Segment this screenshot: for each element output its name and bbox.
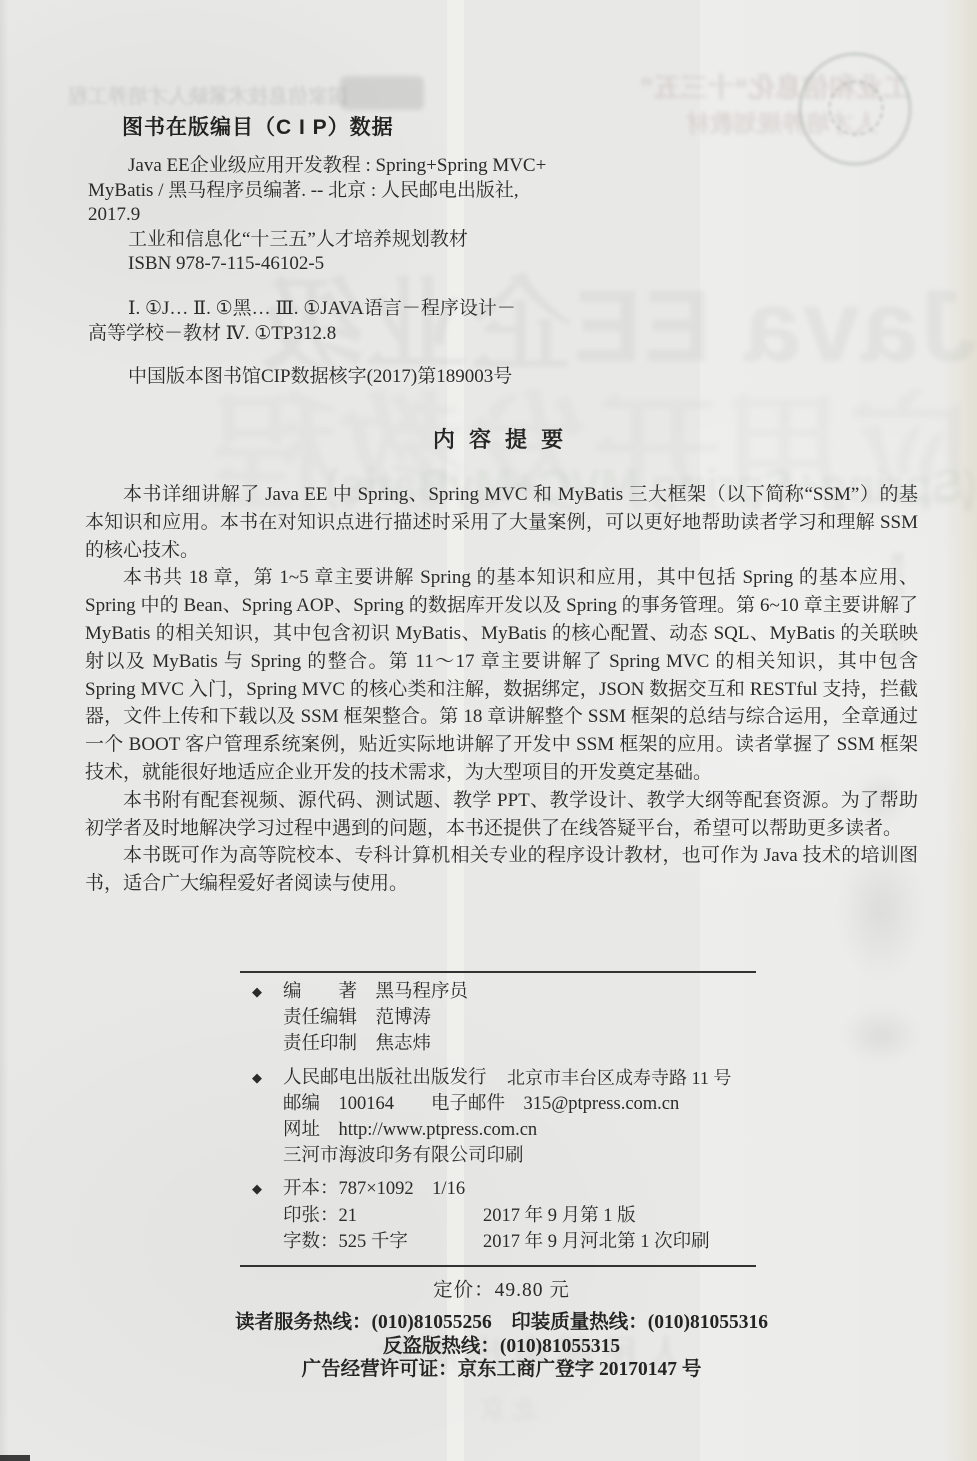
colophon-row-editor: 责任编辑 范博涛: [240, 1005, 918, 1031]
colophon-bottom-rule: [240, 1265, 756, 1267]
page-edge-shade: [943, 0, 977, 1461]
hotlines: 读者服务热线：(010)81055256 印装质量热线：(010)8105531…: [85, 1311, 918, 1382]
abstract-paragraph: 本书详细讲解了 Java EE 中 Spring、Spring MVC 和 My…: [85, 481, 918, 564]
colophon-row-printer: 三河市海波印务有限公司印刷: [240, 1143, 918, 1169]
hotline-line: 读者服务热线：(010)81055256 印装质量热线：(010)8105531…: [85, 1311, 918, 1335]
cip-heading: 图书在版编目（C I P）数据: [122, 111, 394, 141]
colophon-left-text: 印张：21: [283, 1206, 357, 1226]
cover-badge-ghost-line1: 工业和信息化“十三五”: [600, 66, 910, 105]
diamond-bullet-icon: ◆: [252, 979, 262, 1005]
cip-record-line: 工业和信息化“十三五”人才培养规划教材: [88, 228, 688, 253]
cip-record: Java EE企业级应用开发教程 : Spring+Spring MVC+ My…: [88, 154, 688, 277]
colophon-left-text: 字数：525 千字: [283, 1232, 408, 1252]
cip-class-line: 高等学校－教材 Ⅳ. ①TP312.8: [88, 321, 708, 346]
colophon-row-sheets-edition: 印张：21 2017 年 9 月第 1 版: [240, 1203, 918, 1229]
book-copyright-page: 国家信息技术紧缺人才培养工程 工业和信息化“十三五” 人才培养规划教材 Java…: [0, 0, 977, 1461]
cover-program-ghost: 国家信息技术紧缺人才培养工程: [58, 80, 348, 109]
abstract-title: 内 容 提 要: [85, 423, 915, 454]
hotline-line: 反盗版热线：(010)81055315: [85, 1335, 918, 1359]
cip-record-line: MyBatis / 黑马程序员编著. -- 北京 : 人民邮电出版社,: [88, 179, 688, 204]
back-city-ghost: 北京: [474, 1390, 538, 1427]
diamond-bullet-icon: ◆: [252, 1176, 262, 1202]
colophon-row-author: ◆ 编 著 黑马程序员: [240, 979, 918, 1005]
colophon-left-text: 邮编 100164 电子邮件 315@ptpress.com.cn: [283, 1094, 679, 1114]
scan-edge-mark: [0, 1455, 30, 1461]
cip-record-line: ISBN 978-7-115-46102-5: [88, 252, 688, 277]
colophon-left-text: 网址 http://www.ptpress.com.cn: [283, 1120, 537, 1140]
colophon: ◆ 编 著 黑马程序员 责任编辑 范博涛 责任印制 焦志炜 ◆ 人民邮电出版社出…: [85, 971, 918, 1382]
abstract-paragraph: 本书附有配套视频、源代码、测试题、教学 PPT、教学设计、教学大纲等配套资源。为…: [85, 787, 918, 843]
cover-badge-ghost-line2: 人才培养规划教材: [628, 104, 878, 139]
abstract-body: 本书详细讲解了 Java EE 中 Spring、Spring MVC 和 My…: [85, 481, 918, 898]
cip-classification: Ⅰ. ①J… Ⅱ. ①黑… Ⅲ. ①JAVA语言－程序设计－ 高等学校－教材 Ⅳ…: [88, 296, 708, 346]
colophon-left-text: 责任编辑 范博涛: [283, 1008, 431, 1028]
colophon-row-format: ◆ 开本：787×1092 1/16: [240, 1176, 918, 1202]
colophon-left-text: 责任印制 焦志炜: [283, 1034, 431, 1054]
colophon-row-publisher: ◆ 人民邮电出版社出版发行 北京市丰台区成寿寺路 11 号: [240, 1065, 918, 1091]
diamond-bullet-icon: ◆: [252, 1065, 262, 1091]
publisher-seal-ghost: [798, 52, 912, 166]
cover-logo-ghost: [340, 76, 424, 110]
abstract-paragraph: 本书共 18 章，第 1~5 章主要讲解 Spring 的基本知识和应用，其中包…: [85, 564, 918, 786]
colophon-row-postcode-email: 邮编 100164 电子邮件 315@ptpress.com.cn: [240, 1091, 918, 1117]
colophon-row-website: 网址 http://www.ptpress.com.cn: [240, 1117, 918, 1143]
printing-date: 2017 年 9 月河北第 1 次印刷: [483, 1229, 710, 1255]
cip-record-line: 2017.9: [88, 203, 688, 228]
colophon-rows: ◆ 编 著 黑马程序员 责任编辑 范博涛 责任印制 焦志炜 ◆ 人民邮电出版社出…: [240, 973, 918, 1255]
seal-inner-ring: [828, 80, 884, 136]
colophon-left-text: 人民邮电出版社出版发行: [283, 1068, 487, 1088]
colophon-row-printing-editor: 责任印制 焦志炜: [240, 1031, 918, 1057]
cip-record-number: 中国版本图书馆CIP数据核字(2017)第189003号: [128, 361, 512, 388]
price-line: 定价：49.80 元: [85, 1274, 918, 1302]
colophon-left-text: 三河市海波印务有限公司印刷: [283, 1146, 524, 1166]
colophon-row-wordcount-printing: 字数：525 千字 2017 年 9 月河北第 1 次印刷: [240, 1229, 918, 1255]
colophon-left-text: 开本：787×1092 1/16: [283, 1179, 465, 1199]
edition-date: 2017 年 9 月第 1 版: [483, 1203, 636, 1229]
cip-record-line: Java EE企业级应用开发教程 : Spring+Spring MVC+: [88, 154, 688, 179]
cip-class-line: Ⅰ. ①J… Ⅱ. ①黑… Ⅲ. ①JAVA语言－程序设计－: [88, 296, 708, 321]
hotline-line: 广告经营许可证：京东工商广登字 20170147 号: [85, 1358, 918, 1382]
colophon-left-text: 编 著 黑马程序员: [283, 982, 468, 1002]
abstract-paragraph: 本书既可作为高等院校本、专科计算机相关专业的程序设计教材，也可作为 Java 技…: [85, 842, 918, 898]
publisher-address: 北京市丰台区成寿寺路 11 号: [507, 1065, 731, 1091]
